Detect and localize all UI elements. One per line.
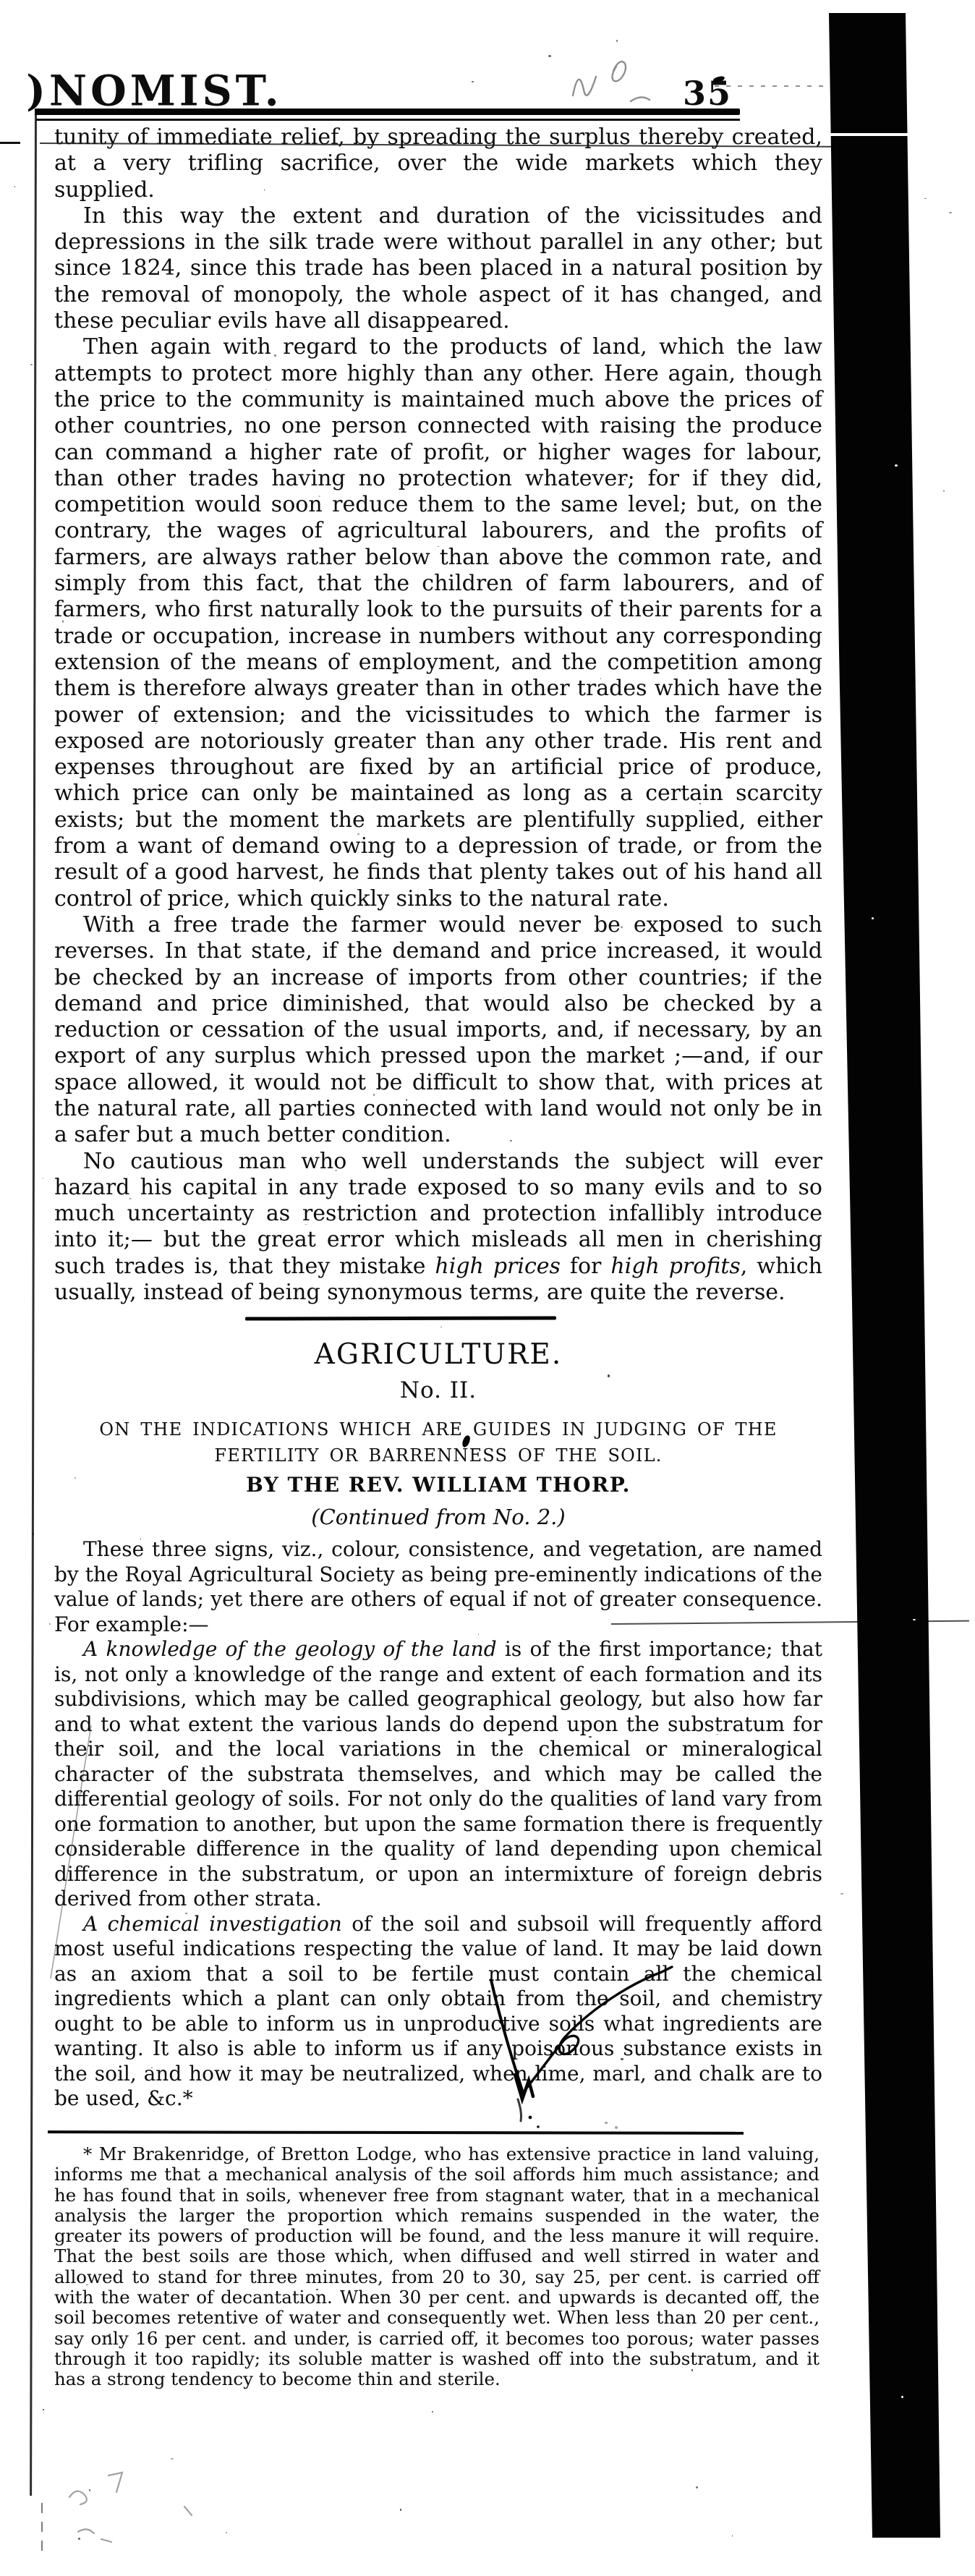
scan-white-line [825, 133, 948, 136]
scan-gutter-shadow [0, 0, 975, 2576]
scanned-newspaper-page: )NOMIST. 35 tunity of immediate relief, … [0, 0, 975, 2576]
